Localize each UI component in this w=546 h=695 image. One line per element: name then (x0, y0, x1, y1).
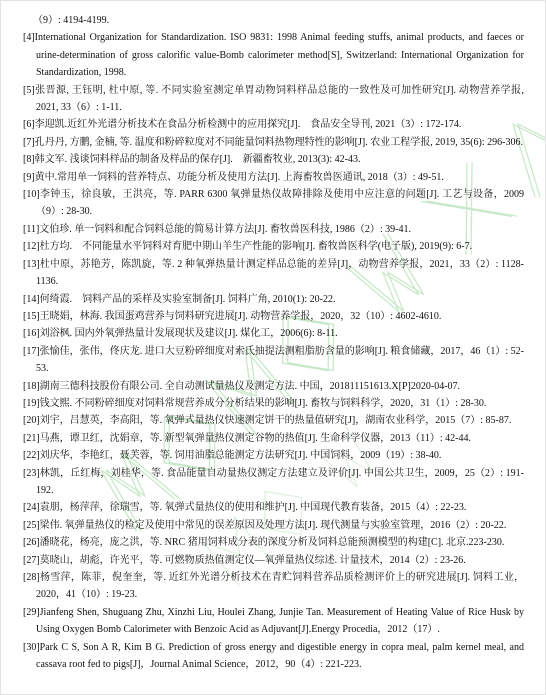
reference-item: [21]马燕，谭卫红，沈娟章，等. 新型氧弹量热仪测定谷物的热值[J]. 生命科… (23, 430, 524, 447)
reference-item: [16]刘浴枫. 国内外氧弹热量计发展现状及建议[J]. 煤化工，2006(6)… (23, 325, 524, 342)
reference-item: [24]袁朋，杨萍萍，徐瑞雪，等. 氧弹式量热仪的使用和维护[J]. 中国现代教… (23, 499, 524, 516)
reference-item: [23]林凯，丘红梅，刘桂华，等. 食品能量自动量热仪测定方法建立及评价[J].… (23, 465, 524, 500)
reference-item: [22]刘庆华，李艳红，聂芙蓉，等. 饲用油脂总能测定方法研究[J]. 中国饲料… (23, 447, 524, 464)
reference-item: [10]李钟玉，徐良敏，王洪亮，等. PARR 6300 氧弹量热仪故障排除及使… (23, 186, 524, 221)
reference-item: [9]黄中.常用单一饲料的营养特点、功能分析及使用方法[J]. 上海畜牧兽医通讯… (23, 169, 524, 186)
reference-item: [26]潘晓花，杨亮，庞之洪，等. NRC 猪用饲料成分表的深度分析及饲料总能预… (23, 534, 524, 551)
reference-item: [25]梁伟. 氧弹量热仪的检定及使用中常见的误差原因及处理方法[J]. 现代测… (23, 517, 524, 534)
reference-item: [7]孔丹丹, 方鹏, 金楠, 等. 温度和粉碎粒度对不同能量饲料热物理特性的影… (23, 134, 524, 151)
reference-item: [15]王晓娟，林海. 我国蛋鸡营养与饲料研究进展[J]. 动物营养学报，202… (23, 308, 524, 325)
reference-item: [20]刘宇，吕慧英，李高阳，等. 氧弹式量热仪快速测定饼干的热量值研究[J]，… (23, 412, 524, 429)
reference-fragment: （9）: 4194-4199. (23, 12, 524, 29)
reference-item: [8]韩文军. 浅谈饲料样品的制备及样品的保存[J]. 新疆畜牧业, 2013(… (23, 151, 524, 168)
reference-item: [5]张晋源, 王钰明, 杜中原, 等. 不同实验室测定单胃动物饲料样品总能的一… (23, 82, 524, 117)
document-page: （9）: 4194-4199. [4]International Organiz… (0, 0, 546, 695)
reference-item: [17]张愉佳，张伟，佟庆龙. 进口大豆粉碎细度对索氏抽提法测粗脂肪含量的影响[… (23, 343, 524, 378)
reference-item: [19]钱文熙. 不同粉碎细度对饲料常规营养成分分析结果的影响[J]. 畜牧与饲… (23, 395, 524, 412)
reference-item: [28]杨雪萍，陈菲，倪奎奎，等. 近红外光谱分析技术在青贮饲料营养品质检测评价… (23, 569, 524, 604)
reference-item: [13]杜中原，苏艳芳，陈凯旋，等. 2 种氧弹热量计测定样品总能的差异[J]，… (23, 256, 524, 291)
reference-item: [4]International Organization for Standa… (23, 29, 524, 81)
reference-item: [12]杜方均. 不同能量水平饲料对育肥中期山羊生产性能的影响[J]. 畜牧兽医… (23, 238, 524, 255)
reference-item: [30]Park C S, Son A R, Kim B G. Predicti… (23, 639, 524, 674)
reference-item: [14]何绮霞. 饲料产品的采样及实验室制备[J]. 饲料广角, 2010(1)… (23, 291, 524, 308)
reference-item: [6]李迎凯.近红外光谱分析技术在食品分析检测中的应用探究[J]. 食品安全导刊… (23, 116, 524, 133)
reference-item: [29]Jianfeng Shen, Shuguang Zhu, Xinzhi … (23, 604, 524, 639)
references-list: （9）: 4194-4199. [4]International Organiz… (23, 12, 524, 673)
reference-item: [11]文伯珍. 单一饲料和配合饲料总能的简易计算方法[J]. 畜牧兽医科技, … (23, 221, 524, 238)
reference-item: [18]湖南三德科技股份有限公司. 全自动测试量热仪及测定方法. 中国，2018… (23, 378, 524, 395)
reference-item: [27]莫晓山，胡彪，许光平，等. 可燃物质热值测定仪—氧弹量热仪综述. 计量技… (23, 552, 524, 569)
